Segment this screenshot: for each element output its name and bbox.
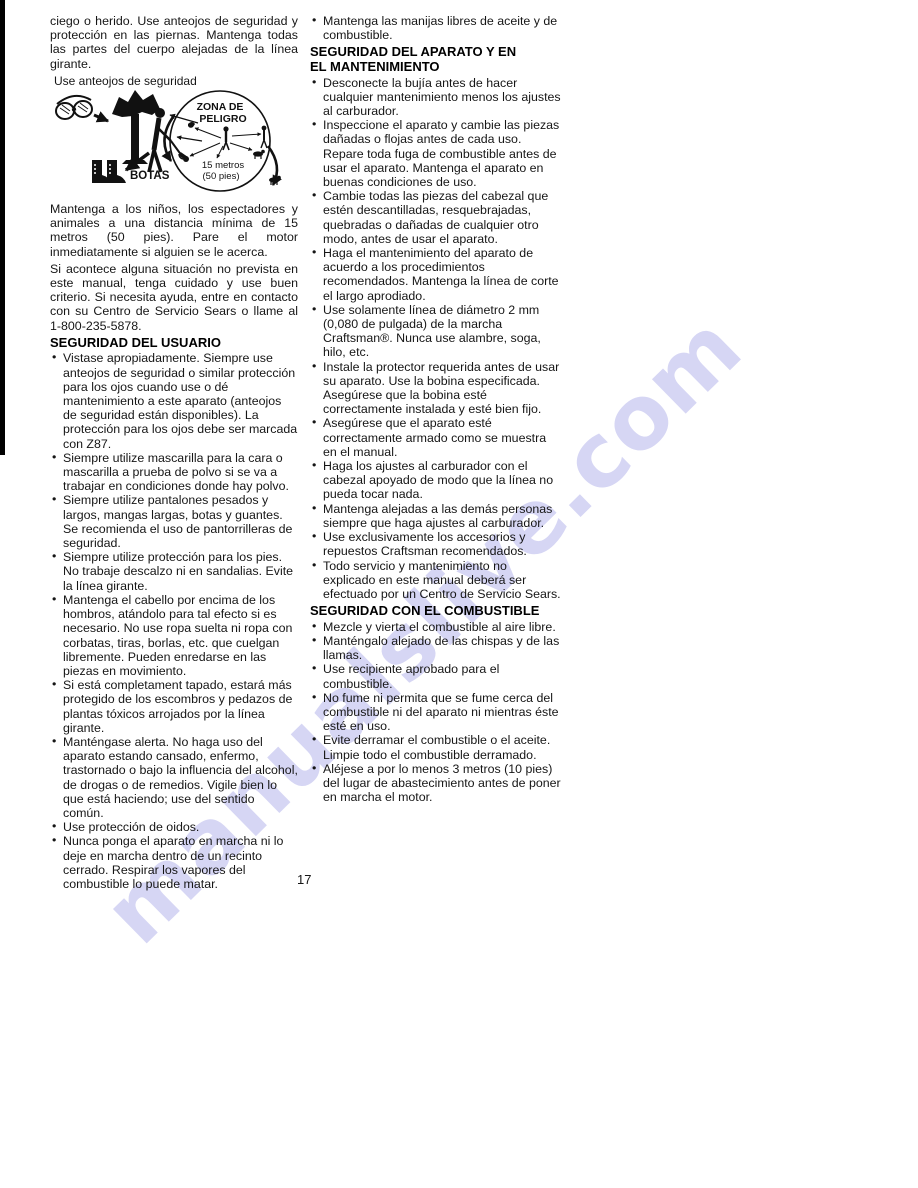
heading-seguridad-aparato: SEGURIDAD DEL APARATO Y EN EL MANTENIMIE… <box>310 45 528 74</box>
list-item: Inspeccione el aparato y cambie las piez… <box>310 118 562 189</box>
list-item: Use solamente línea de diámetro 2 mm (0,… <box>310 303 562 360</box>
handles-list: Mantenga las manijas libres de aceite y … <box>310 14 562 42</box>
list-item: Aléjese a por lo menos 3 metros (10 pies… <box>310 762 562 805</box>
distance-label-line2: (50 pies) <box>203 171 240 182</box>
list-item: Asegúrese que el aparato esté correctame… <box>310 416 562 459</box>
list-item: Haga los ajustes al carburador con el ca… <box>310 459 562 502</box>
list-item: Use recipiente aprobado para el combusti… <box>310 662 562 690</box>
list-item: Use protección de oidos. <box>50 820 298 834</box>
paragraph-distance: Mantenga a los niños, los espectadores y… <box>50 202 298 259</box>
user-safety-list: Vistase apropiadamente. Siempre use ante… <box>50 351 298 891</box>
list-item: Mezcle y vierta el combustible al aire l… <box>310 620 562 634</box>
list-item: Siempre utilize pantalones pesados y lar… <box>50 493 298 550</box>
boots-label: BOTAS <box>130 170 170 182</box>
arrow-goggles-to-head <box>94 115 108 121</box>
left-column: ciego o herido. Use anteojos de segurida… <box>50 14 298 891</box>
list-item: Cambie todas las piezas del cabezal que … <box>310 189 562 246</box>
page-content: ciego o herido. Use anteojos de segurida… <box>0 0 918 1188</box>
list-item: Manténgase alerta. No haga uso del apara… <box>50 735 298 820</box>
list-item: Desconecte la bujía antes de hacer cualq… <box>310 76 562 119</box>
list-item: Siempre utilize mascarilla para la cara … <box>50 451 298 494</box>
list-item: Todo servicio y mantenimiento no explica… <box>310 559 562 602</box>
distance-label-line1: 15 metros <box>202 160 244 171</box>
fuel-safety-list: Mezcle y vierta el combustible al aire l… <box>310 620 562 805</box>
list-item: Vistase apropiadamente. Siempre use ante… <box>50 351 298 450</box>
zone-label-line2: PELIGRO <box>199 113 246 125</box>
heading-seguridad-usuario: SEGURIDAD DEL USUARIO <box>50 336 298 351</box>
operator-figure <box>149 108 187 172</box>
bystander-right <box>261 126 267 148</box>
bystander-figures <box>223 126 229 150</box>
safety-illustration: BOTAS ZONA DE PELIGRO <box>50 88 298 198</box>
intro-paragraph: ciego o herido. Use anteojos de segurida… <box>50 14 298 71</box>
safety-illustration-svg: BOTAS ZONA DE PELIGRO <box>50 88 298 198</box>
list-item: Mantenga las manijas libres de aceite y … <box>310 14 562 42</box>
list-item: Mantenga el cabello por encima de los ho… <box>50 593 298 678</box>
zone-label-line1: ZONA DE <box>197 101 244 113</box>
paragraph-situations: Si acontece alguna situación no prevista… <box>50 262 298 333</box>
heading-seguridad-combustible: SEGURIDAD CON EL COMBUSTIBLE <box>310 604 562 619</box>
right-column: Mantenga las manijas libres de aceite y … <box>310 14 562 804</box>
manual-page: manualslive.com ciego o herido. Use ante… <box>0 0 918 1188</box>
list-item: No fume ni permita que se fume cerca del… <box>310 691 562 734</box>
list-item: Mantenga alejadas a las demás personas s… <box>310 502 562 530</box>
figure-caption: Use anteojos de seguridad <box>54 74 298 88</box>
list-item: Manténgalo alejado de las chispas y de l… <box>310 634 562 662</box>
list-item: Haga el mantenimiento del aparato de acu… <box>310 246 562 303</box>
list-item: Evite derramar el combustible o el aceit… <box>310 733 562 761</box>
danger-zone-circle: ZONA DE PELIGRO <box>164 91 280 191</box>
maintenance-safety-list: Desconecte la bujía antes de hacer cualq… <box>310 76 562 602</box>
list-item: Use exclusivamente los accesorios y repu… <box>310 530 562 558</box>
page-number: 17 <box>297 872 311 887</box>
list-item: Instale la protector requerida antes de … <box>310 360 562 417</box>
list-item: Siempre utilize protección para los pies… <box>50 550 298 593</box>
safety-goggles-icon <box>56 96 92 119</box>
list-item: Si está completament tapado, estará más … <box>50 678 298 735</box>
boots-icon <box>92 160 126 183</box>
arrow-to-operator-lower <box>177 137 202 141</box>
dog-figure <box>253 150 265 159</box>
list-item: Nunca ponga el aparato en marcha ni lo d… <box>50 834 298 891</box>
